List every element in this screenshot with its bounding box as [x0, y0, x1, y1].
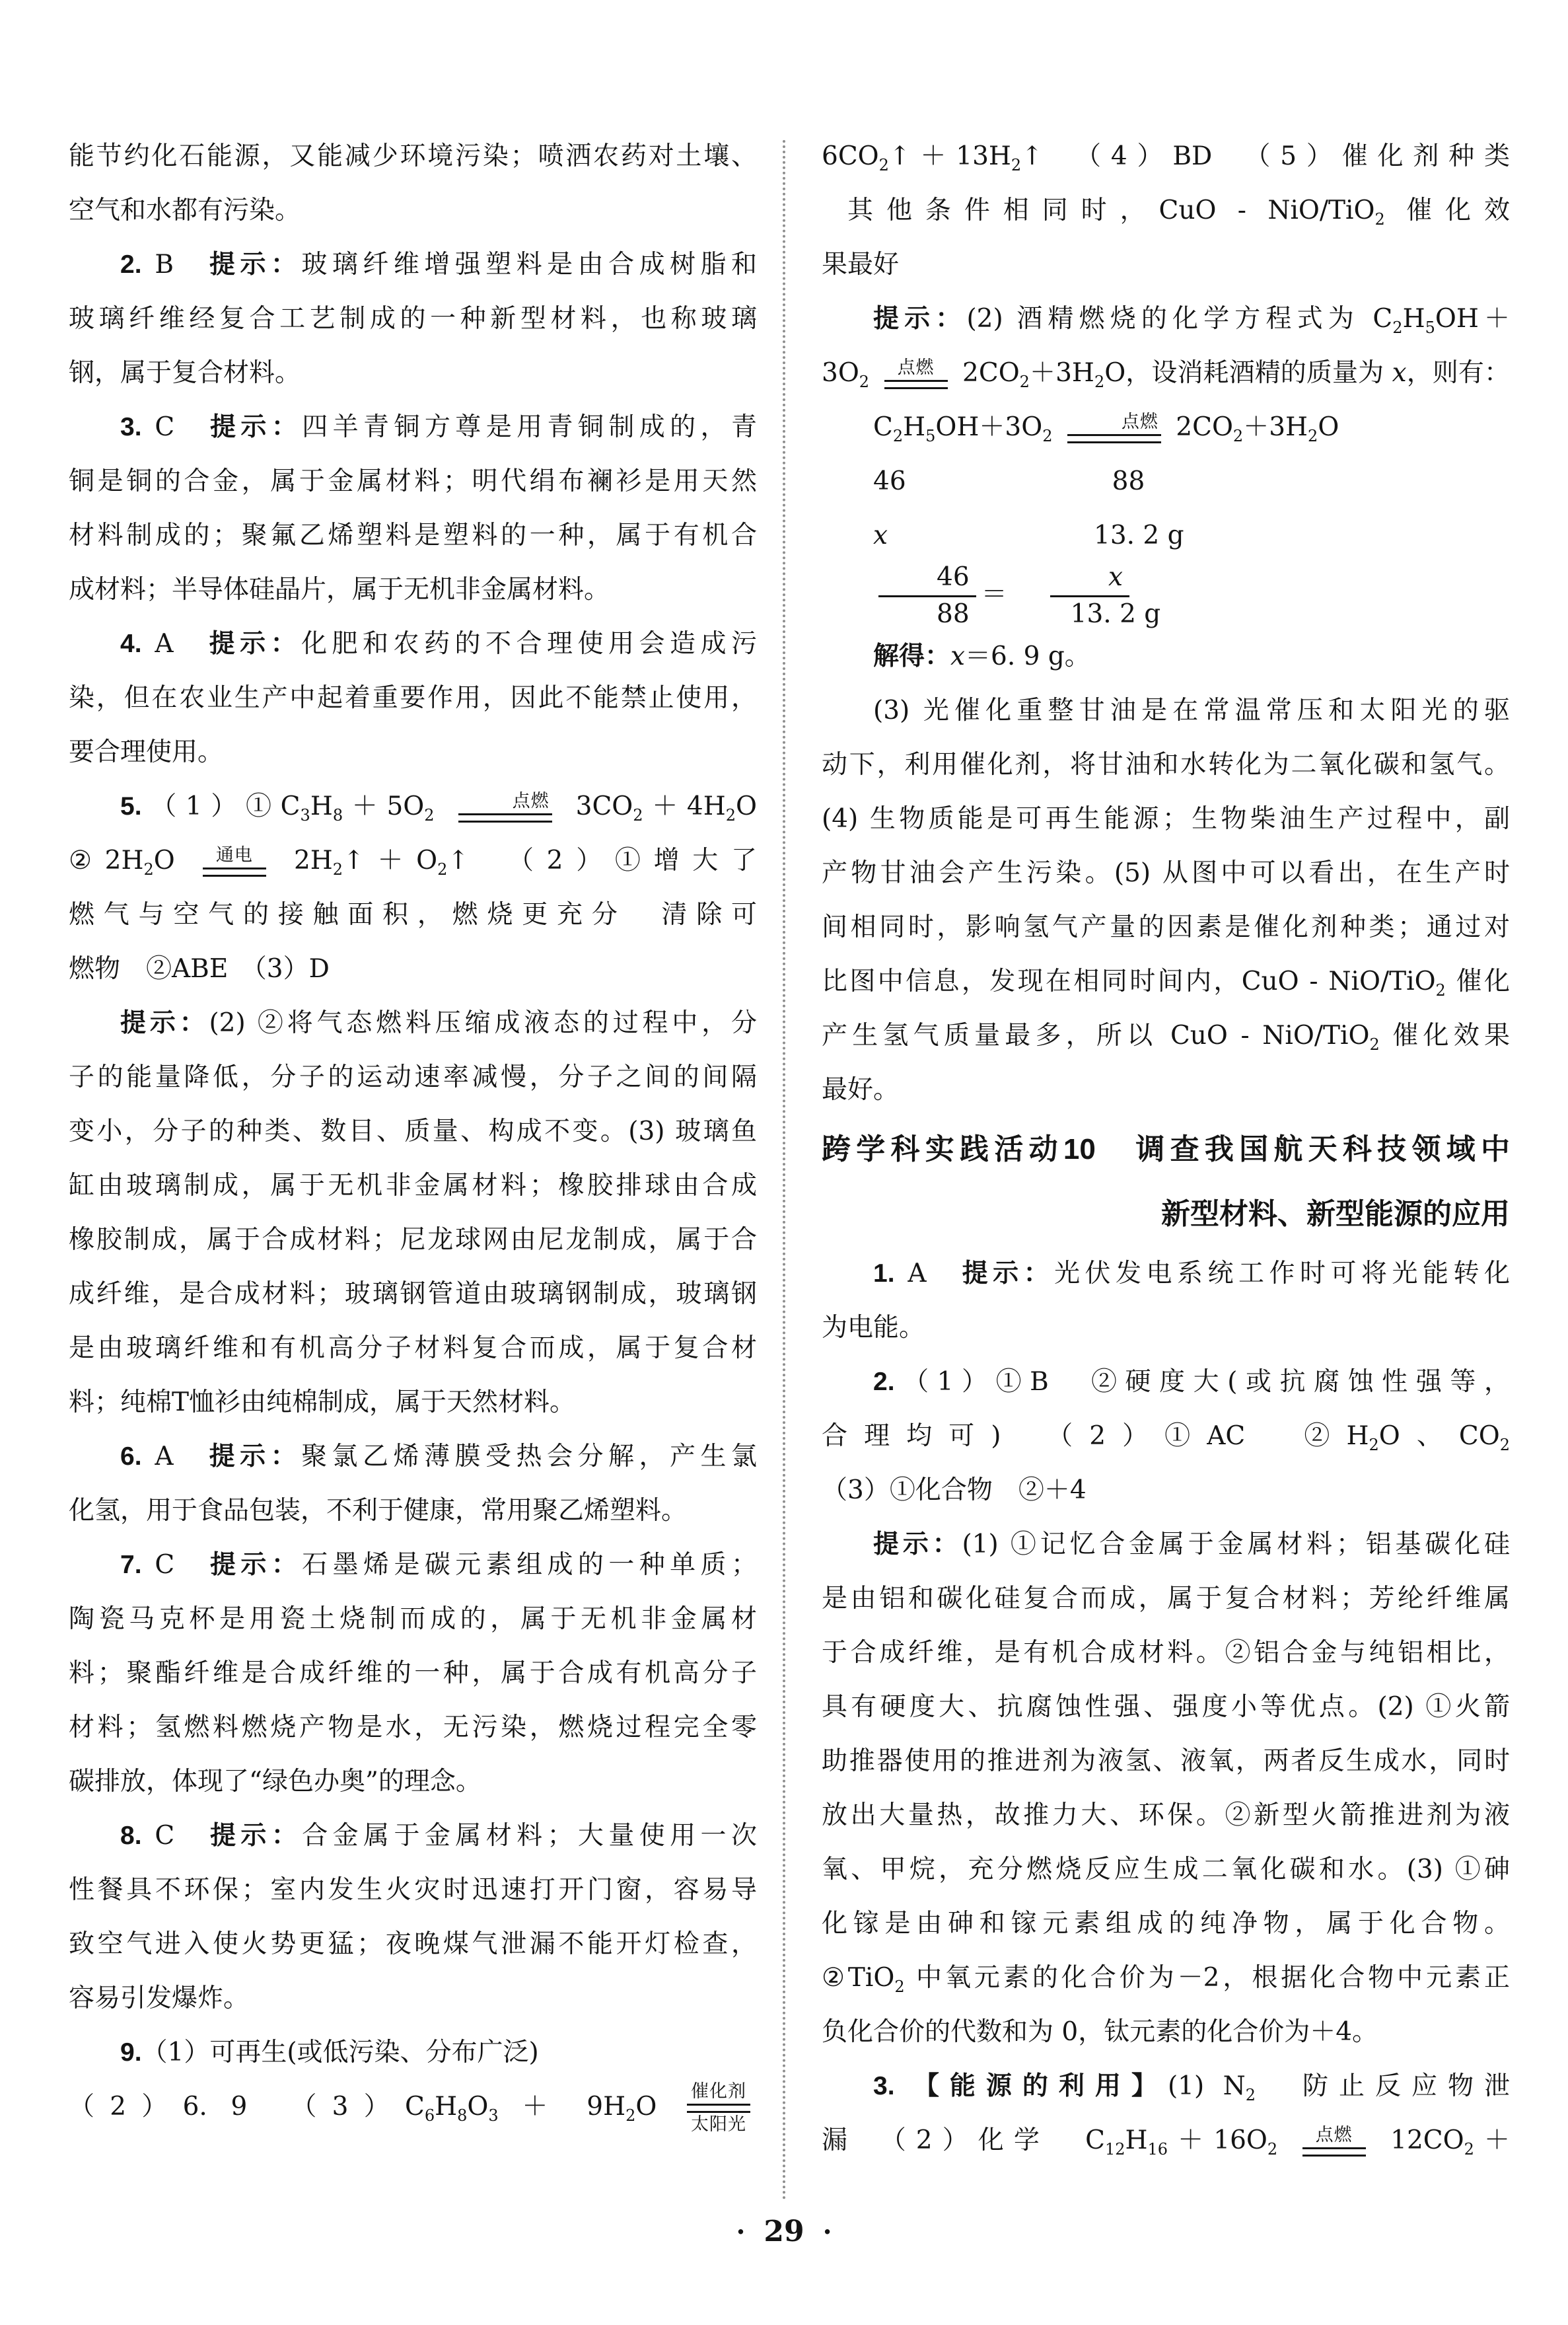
- text-line: 橡胶制成，属于合成材料；尼龙球网由尼龙制成，属于合: [69, 1213, 757, 1267]
- reaction-condition-equals: 通电: [203, 846, 266, 879]
- text-line: 1. A 提示：光伏发电系统工作时可将光能转化: [822, 1247, 1510, 1301]
- text-line: 燃物 ②ABE （3）D: [69, 942, 757, 996]
- text-line: 放出大量热，故推力大、环保。②新型火箭推进剂为液: [822, 1789, 1510, 1843]
- text-line: 铜是铜的合金，属于金属材料；明代绢布襕衫是用天然: [69, 455, 757, 509]
- text-line: 跨学科实践活动10 调查我国航天科技领域中: [822, 1117, 1510, 1182]
- condition-above: 通电: [213, 846, 256, 866]
- text-line: 能节约化石能源，又能减少环境污染；喷洒农药对土壤、: [69, 129, 757, 184]
- text-line: 成材料；半导体硅晶片，属于无机非金属材料。: [69, 563, 757, 617]
- condition-above: 点燃: [1313, 2125, 1355, 2145]
- text-line: 化镓是由砷和镓元素组成的纯净物，属于化合物。: [822, 1897, 1510, 1951]
- text-line: (4) 生物质能是可再生能源；生物柴油生产过程中，副: [822, 792, 1510, 846]
- text-line: 料；聚酯纤维是合成纤维的一种，属于合成有机高分子: [69, 1646, 757, 1701]
- reaction-condition-equals: 点燃: [1067, 412, 1161, 445]
- text-line: 6. A 提示：聚氯乙烯薄膜受热会分解，产生氯: [69, 1430, 757, 1484]
- text-line: 解得：x＝6. 9 g。: [822, 630, 1510, 684]
- condition-below: 太阳光: [688, 2115, 749, 2135]
- text-line: x 13. 2 g: [822, 509, 1510, 563]
- text-line: 比图中信息，发现在相同时间内，CuO - NiO/TiO2 催化: [822, 955, 1510, 1009]
- text-line: 新型材料、新型能源的应用: [822, 1182, 1510, 1247]
- text-line: 助推器使用的推进剂为液氢、液氧，两者反生成水，同时: [822, 1734, 1510, 1789]
- text-line: 性餐具不环保；室内发生火灾时迅速打开门窗，容易导: [69, 1863, 757, 1917]
- text-line: 3. C 提示：四羊青铜方尊是用青铜制成的，青: [69, 400, 757, 455]
- double-equals-bar: [1302, 2147, 1366, 2157]
- text-line: 氧、甲烷，充分燃烧反应生成二氧化碳和水。(3) ①砷: [822, 1843, 1510, 1897]
- text-line: 漏 （2）化学 C12H16＋16O2 点燃 12CO2＋: [822, 2114, 1510, 2168]
- text-line: 提示：(1) ①记忆合金属于金属材料；铝基碳化硅: [822, 1518, 1510, 1572]
- condition-above: 点燃: [895, 358, 937, 378]
- text-line: 其他条件相同时，CuO - NiO/TiO2 催化效: [822, 184, 1510, 238]
- text-line: 5.（1）①C3H8＋5O2 点燃 3CO2＋4H2O: [69, 780, 757, 834]
- text-line: ②TiO2 中氧元素的化合价为－2，根据化合物中元素正: [822, 1951, 1510, 2005]
- text-line: 于合成纤维，是有机合成材料。②铝合金与纯铝相比，: [822, 1626, 1510, 1680]
- column-divider-dotted-line: [783, 140, 785, 2201]
- text-line: 8. C 提示：合金属于金属材料；大量使用一次: [69, 1809, 757, 1863]
- text-line: C2H5OH＋3O2 点燃 2CO2＋3H2O: [822, 400, 1510, 455]
- double-equals-bar: [687, 2104, 750, 2113]
- footer-dot-right: ·: [823, 2217, 832, 2248]
- text-line: 3. 【能源的利用】(1) N2 防止反应物泄: [822, 2059, 1510, 2114]
- text-line: 是由玻璃纤维和有机高分子材料复合而成，属于复合材: [69, 1321, 757, 1376]
- text-line: (3) 光催化重整甘油是在常温常压和太阳光的驱: [822, 684, 1510, 738]
- text-line: 玻璃纤维经复合工艺制成的一种新型材料，也称玻璃: [69, 292, 757, 346]
- text-line: （2）6. 9 （3）C6H8O3 ＋ 9H2O 催化剂太阳光: [69, 2080, 757, 2135]
- reaction-condition-equals: 催化剂太阳光: [687, 2082, 750, 2134]
- text-line: 提示：(2) 酒精燃烧的化学方程式为 C2H5OH＋: [822, 292, 1510, 346]
- fraction-numerator: x: [1050, 563, 1129, 597]
- text-line: 钢，属于复合材料。: [69, 346, 757, 400]
- page-number: 29: [764, 2215, 804, 2248]
- page: { "footer": { "dot": "·", "page_number":…: [0, 0, 1568, 2325]
- text-line: 燃气与空气的接触面积，燃烧更充分 清除可: [69, 888, 757, 942]
- text-line: 46 88: [822, 455, 1510, 509]
- text-line: 容易引发爆炸。: [69, 1972, 757, 2026]
- fraction-denominator: 13. 2 g: [1013, 597, 1168, 630]
- text-line: 产生氢气质量最多，所以 CuO - NiO/TiO2 催化效果: [822, 1009, 1510, 1063]
- text-line: 材料；氢燃料燃烧产物是水，无污染，燃烧过程完全零: [69, 1701, 757, 1755]
- text-line: 2. B 提示：玻璃纤维增强塑料是由合成树脂和: [69, 238, 757, 292]
- text-line: 染，但在农业生产中起着重要作用，因此不能禁止使用，: [69, 671, 757, 725]
- footer-dot-left: ·: [736, 2217, 745, 2248]
- text-line: 7. C 提示：石墨烯是碳元素组成的一种单质；: [69, 1538, 757, 1592]
- condition-above: 催化剂: [688, 2082, 749, 2102]
- fraction: 4688: [878, 563, 976, 630]
- text-line: 4. A 提示：化肥和农药的不合理使用会造成污: [69, 617, 757, 671]
- text-line: 空气和水都有污染。: [69, 184, 757, 238]
- text-line: 子的能量降低，分子的运动速率减慢，分子之间的间隔: [69, 1051, 757, 1105]
- text-line: 3O2 点燃 2CO2＋3H2O，设消耗酒精的质量为 x，则有：: [822, 346, 1510, 400]
- fraction-denominator: 88: [878, 597, 976, 630]
- left-column: 能节约化石能源，又能减少环境污染；喷洒农药对土壤、空气和水都有污染。2. B 提…: [69, 129, 757, 2135]
- fraction-numerator: 46: [878, 563, 976, 597]
- double-equals-bar: [1067, 434, 1161, 443]
- double-equals-bar: [203, 867, 266, 877]
- text-line: 缸由玻璃制成，属于无机非金属材料；橡胶排球由合成: [69, 1159, 757, 1213]
- right-column: 6CO2↑＋13H2↑ （4）BD （5）催化剂种类其他条件相同时，CuO - …: [822, 129, 1510, 2168]
- text-line: 最好。: [822, 1063, 1510, 1117]
- text-line: 材料制成的；聚氟乙烯塑料是塑料的一种，属于有机合: [69, 509, 757, 563]
- text-line: 负化合价的代数和为 0，钛元素的化合价为＋4。: [822, 2005, 1510, 2059]
- page-footer: ·29·: [0, 2215, 1568, 2248]
- reaction-condition-equals: 点燃: [1302, 2125, 1366, 2159]
- reaction-condition-equals: 点燃: [458, 792, 552, 825]
- text-line: 间相同时，影响氢气产量的因素是催化剂种类；通过对: [822, 901, 1510, 955]
- double-equals-bar: [884, 380, 948, 389]
- text-line: 碳排放，体现了“绿色办奥”的理念。: [69, 1755, 757, 1809]
- text-line: 9.（1）可再生(或低污染、分布广泛): [69, 2026, 757, 2080]
- double-equals-bar: [458, 813, 552, 823]
- text-line: 变小，分子的种类、数目、质量、构成不变。(3) 玻璃鱼: [69, 1105, 757, 1159]
- reaction-condition-equals: 点燃: [884, 358, 948, 391]
- condition-above: 点燃: [458, 792, 552, 811]
- text-line: 化氢，用于食品包装，不利于健康，常用聚乙烯塑料。: [69, 1484, 757, 1538]
- text-line: 6CO2↑＋13H2↑ （4）BD （5）催化剂种类: [822, 129, 1510, 184]
- text-line: 提示：(2) ②将气态燃料压缩成液态的过程中，分: [69, 996, 757, 1051]
- condition-above: 点燃: [1067, 412, 1161, 432]
- text-line: 2.（1）①B ②硬度大(或抗腐蚀性强等，: [822, 1355, 1510, 1409]
- text-line: 是由铝和碳化硅复合而成，属于复合材料；芳纶纤维属: [822, 1572, 1510, 1626]
- text-line: 为电能。: [822, 1301, 1510, 1355]
- text-line: ②2H2O 通电 2H2↑＋O2↑ （2）①增大了: [69, 834, 757, 888]
- text-line: 成纤维，是合成材料；玻璃钢管道由玻璃钢制成，玻璃钢: [69, 1267, 757, 1321]
- text-line: 具有硬度大、抗腐蚀性强、强度小等优点。(2) ①火箭: [822, 1680, 1510, 1734]
- text-line: 料；纯棉T恤衫由纯棉制成，属于天然材料。: [69, 1376, 757, 1430]
- text-line: 陶瓷马克杯是用瓷土烧制而成的，属于无机非金属材: [69, 1592, 757, 1646]
- text-line: 合理均可) （2）①AC ②H2O、CO2: [822, 1409, 1510, 1463]
- text-line: 要合理使用。: [69, 725, 757, 780]
- fraction: x13. 2 g: [1013, 563, 1168, 630]
- text-line: 果最好: [822, 238, 1510, 292]
- text-line: 产物甘油会产生污染。(5) 从图中可以看出，在生产时: [822, 846, 1510, 901]
- text-line: （3）①化合物 ②＋4: [822, 1463, 1510, 1518]
- text-line: 动下，利用催化剂，将甘油和水转化为二氧化碳和氢气。: [822, 738, 1510, 792]
- text-line: 4688＝x13. 2 g: [822, 563, 1510, 630]
- text-line: 致空气进入使火势更猛；夜晚煤气泄漏不能开灯检查，: [69, 1917, 757, 1972]
